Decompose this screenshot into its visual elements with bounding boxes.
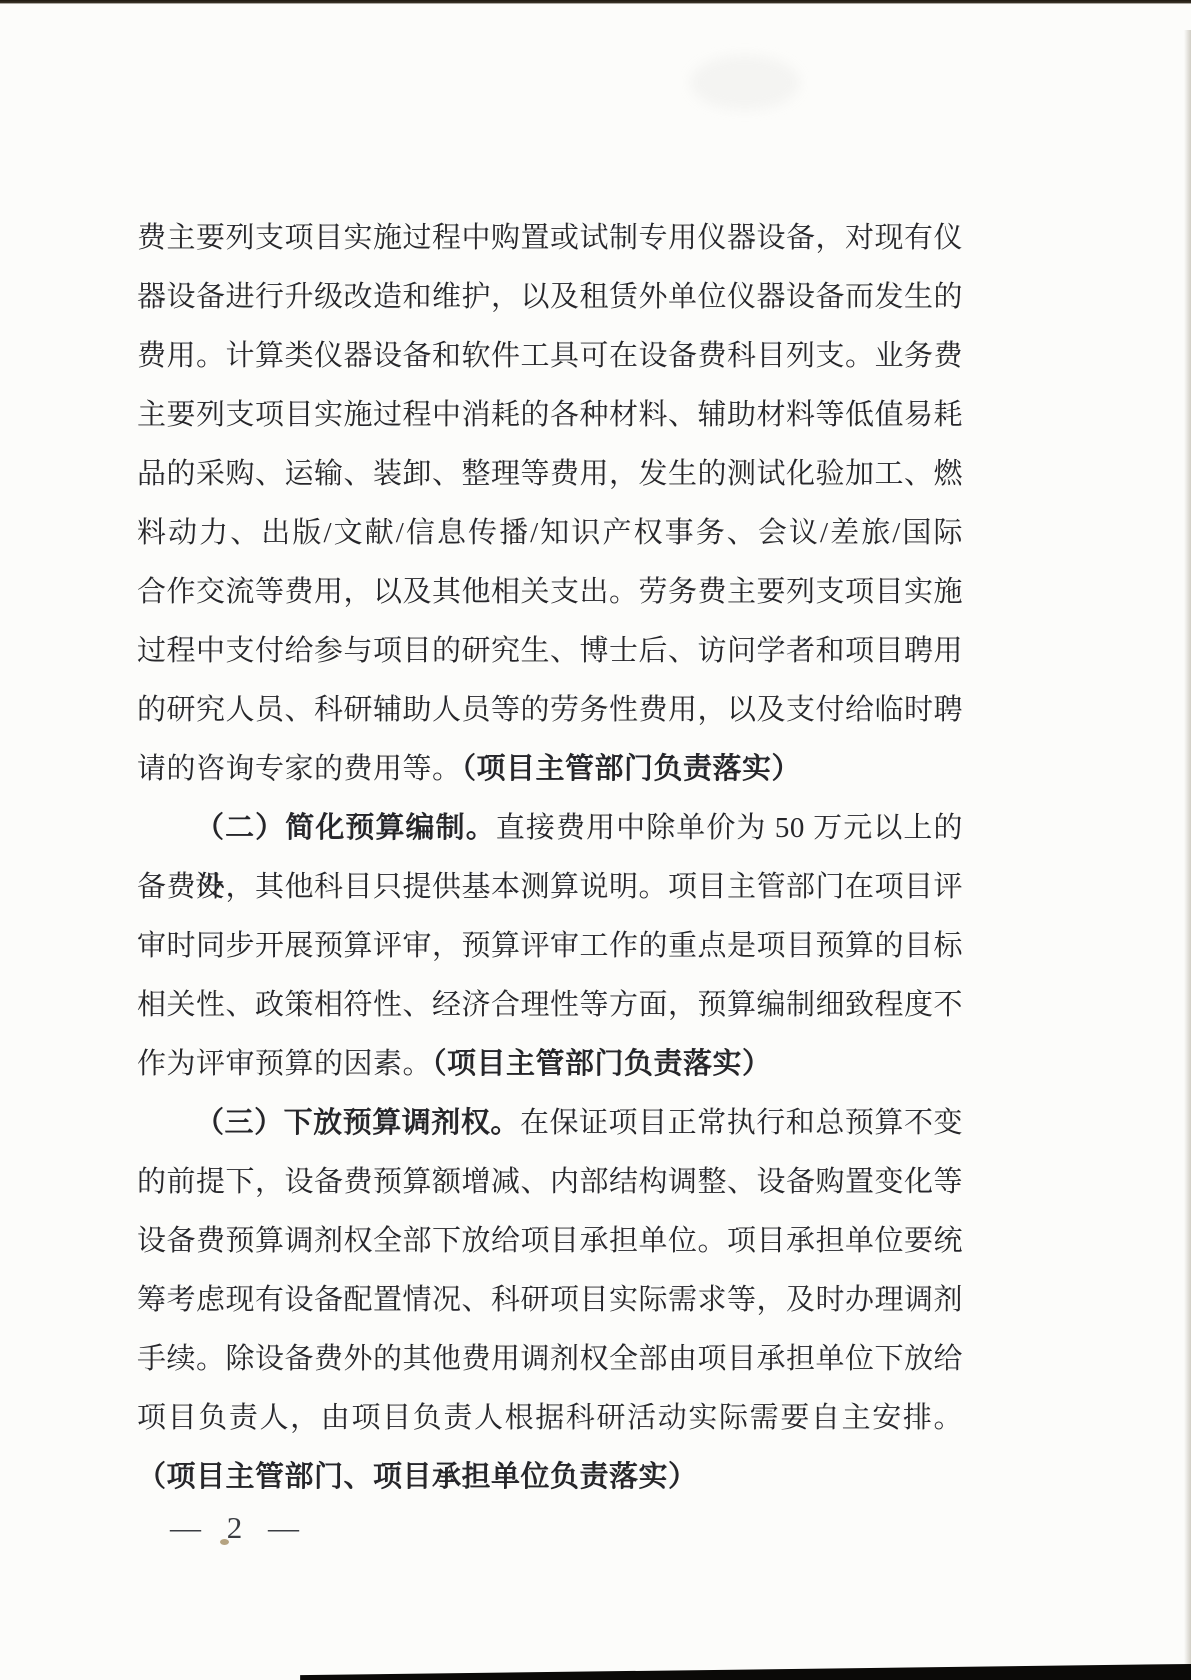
body-text: 手续。除设备费外的其他费用调剂权全部由项目承担单位下放给 [137,1343,963,1375]
text-line: 合作交流等费用，以及其他相关支出。劳务费主要列支项目实施 [137,563,963,622]
text-line: 的前提下，设备费预算额增减、内部结构调整、设备购置变化等 [137,1153,963,1212]
document-body-text: 费主要列支项目实施过程中购置或试制专用仪器设备，对现有仪器设备进行升级改造和维护… [137,209,963,1507]
text-line: 费主要列支项目实施过程中购置或试制专用仪器设备，对现有仪 [137,209,963,268]
body-text: 费用。计算类仪器设备和软件工具可在设备费科目列支。业务费 [137,340,963,372]
text-line: 作为评审预算的因素。（项目主管部门负责落实） [137,1035,963,1094]
emphasis-text: （项目主管部门负责落实） [432,1048,772,1080]
scanned-document-page: 费主要列支项目实施过程中购置或试制专用仪器设备，对现有仪器设备进行升级改造和维护… [0,0,1191,1680]
body-text: 主要列支项目实施过程中消耗的各种材料、辅助材料等低值易耗 [137,399,963,431]
body-text: 备费外，其他科目只提供基本测算说明。项目主管部门在项目评 [137,871,963,903]
body-text: 设备费预算调剂权全部下放给项目承担单位。项目承担单位要统 [137,1225,963,1257]
text-line: 器设备进行升级改造和维护，以及租赁外单位仪器设备而发生的 [137,268,963,327]
emphasis-text: （二）简化预算编制。 [195,812,496,844]
text-line: （项目主管部门、项目承担单位负责落实） [137,1448,963,1507]
text-line: 的研究人员、科研辅助人员等的劳务性费用，以及支付给临时聘 [137,681,963,740]
page-number: — 2 — [170,1503,308,1553]
body-text: 的前提下，设备费预算额增减、内部结构调整、设备购置变化等 [137,1166,963,1198]
body-text: 作为评审预算的因素。 [137,1048,432,1080]
text-line: 项目负责人，由项目负责人根据科研活动实际需要自主安排。 [137,1389,963,1448]
text-line: 过程中支付给参与项目的研究生、博士后、访问学者和项目聘用 [137,622,963,681]
body-text: 品的采购、运输、装卸、整理等费用，发生的测试化验加工、燃 [137,458,963,490]
emphasis-text: （三）下放预算调剂权。 [195,1107,520,1139]
text-line: 筹考虑现有设备配置情况、科研项目实际需求等，及时办理调剂 [137,1271,963,1330]
body-text: 费主要列支项目实施过程中购置或试制专用仪器设备，对现有仪 [137,222,963,254]
scan-artifact-speck [220,1539,229,1545]
text-line: 设备费预算调剂权全部下放给项目承担单位。项目承担单位要统 [137,1212,963,1271]
text-line: （二）简化预算编制。直接费用中除单价为 50 万元以上的设 [137,799,963,858]
text-line: 审时同步开展预算评审，预算评审工作的重点是项目预算的目标 [137,917,963,976]
text-line: 请的咨询专家的费用等。（项目主管部门负责落实） [137,740,963,799]
text-line: 品的采购、运输、装卸、整理等费用，发生的测试化验加工、燃 [137,445,963,504]
text-line: 相关性、政策相符性、经济合理性等方面，预算编制细致程度不 [137,976,963,1035]
scan-artifact-right-shadow [1184,30,1191,1680]
body-text: 器设备进行升级改造和维护，以及租赁外单位仪器设备而发生的 [137,281,963,313]
scan-artifact-bottom-edge [0,1658,1191,1680]
emphasis-text: （项目主管部门负责落实） [462,753,802,785]
body-text: 审时同步开展预算评审，预算评审工作的重点是项目预算的目标 [137,930,963,962]
body-text: 筹考虑现有设备配置情况、科研项目实际需求等，及时办理调剂 [137,1284,963,1316]
text-line: 手续。除设备费外的其他费用调剂权全部由项目承担单位下放给 [137,1330,963,1389]
text-line: 备费外，其他科目只提供基本测算说明。项目主管部门在项目评 [137,858,963,917]
scan-artifact-smudge [690,55,800,110]
emphasis-text: （项目主管部门、项目承担单位负责落实） [137,1461,698,1493]
body-text: 项目负责人，由项目负责人根据科研活动实际需要自主安排。 [137,1402,963,1434]
body-text: 在保证项目正常执行和总预算不变 [520,1107,963,1139]
body-text: 合作交流等费用，以及其他相关支出。劳务费主要列支项目实施 [137,576,963,608]
body-text: 相关性、政策相符性、经济合理性等方面，预算编制细致程度不 [137,989,963,1021]
body-text: 料动力、出版/文献/信息传播/知识产权事务、会议/差旅/国际 [137,517,963,549]
text-line: 主要列支项目实施过程中消耗的各种材料、辅助材料等低值易耗 [137,386,963,445]
body-text: 请的咨询专家的费用等。 [137,753,462,785]
scan-artifact-top-edge [0,0,1191,4]
text-line: 料动力、出版/文献/信息传播/知识产权事务、会议/差旅/国际 [137,504,963,563]
text-line: 费用。计算类仪器设备和软件工具可在设备费科目列支。业务费 [137,327,963,386]
text-line: （三）下放预算调剂权。在保证项目正常执行和总预算不变 [137,1094,963,1153]
body-text: 的研究人员、科研辅助人员等的劳务性费用，以及支付给临时聘 [137,694,963,726]
body-text: 过程中支付给参与项目的研究生、博士后、访问学者和项目聘用 [137,635,963,667]
